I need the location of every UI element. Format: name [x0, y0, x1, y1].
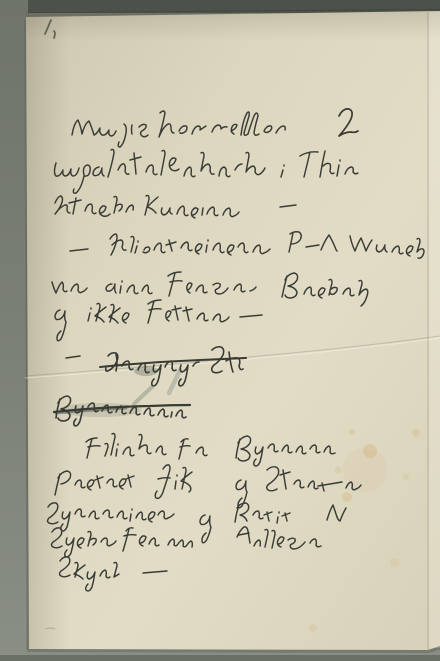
photo-bottom-strip [0, 655, 440, 661]
manuscript-scan [0, 0, 440, 661]
paper-top-edge-shading [26, 11, 440, 41]
paper-sheet [26, 11, 440, 650]
scanned-page-image [0, 0, 440, 661]
right-fold-strip [429, 12, 440, 648]
